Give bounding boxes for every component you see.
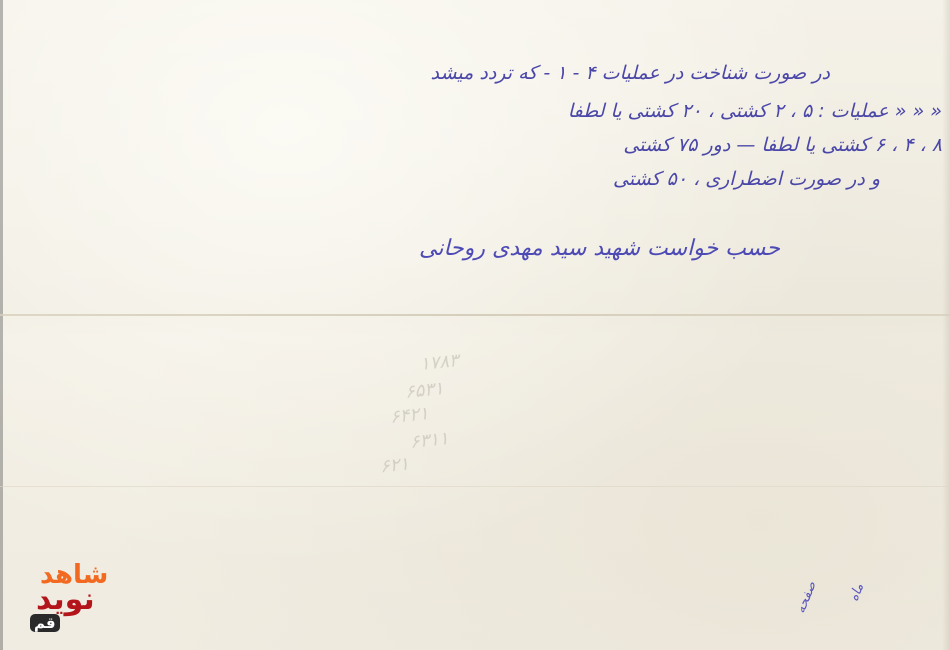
signature: حسب خواست شهید سید مهدی روحانی <box>419 236 780 261</box>
letter-line-1: در صورت شناخت در عملیات ۴ - ۱ - که تردد … <box>430 62 830 84</box>
navid-shahed-logo: شاهد نوید قم <box>28 560 118 640</box>
logo-text-navid: نوید <box>36 582 95 617</box>
letter-line-3: ۸ ، ۴ ، ۶ کشتی یا لطفا — دور ۷۵ کشتی <box>623 134 942 156</box>
faded-text: ۶۴۲۱ <box>389 403 430 428</box>
paper-fold-line-lower <box>0 486 950 487</box>
paper-fold-line <box>0 314 950 316</box>
faded-text: ۱۷۸۳ <box>419 350 460 375</box>
letter-line-2: « « « عملیات : ۵ ، ۲ کشتی ، ۲۰ کشتی یا ل… <box>568 100 942 122</box>
faded-text: ۶۵۳۱ <box>404 378 445 403</box>
letter-paper <box>0 0 950 650</box>
scan-edge-left <box>0 0 3 650</box>
faded-text: ۶۲۱ <box>379 454 410 478</box>
scan-edge-right <box>942 0 950 650</box>
faded-text: ۶۳۱۱ <box>409 428 450 453</box>
letter-line-4: و در صورت اضطراری ، ۵۰ کشتی <box>613 168 880 190</box>
logo-city-badge: قم <box>30 614 60 632</box>
